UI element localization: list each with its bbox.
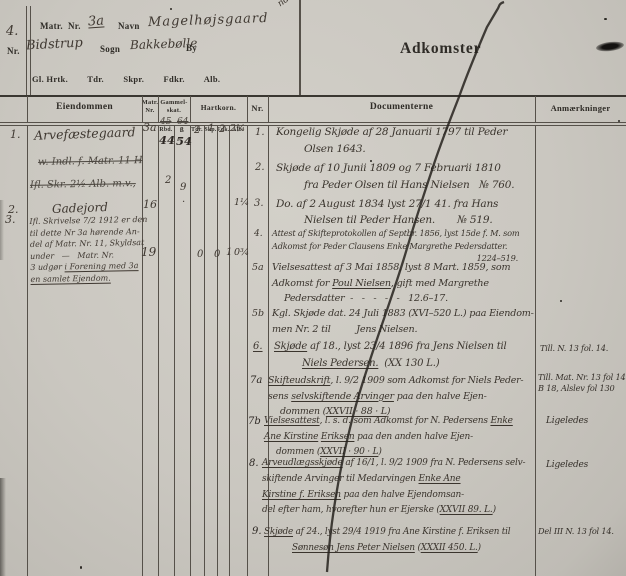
estate-skp: 1 [208, 123, 214, 134]
estate-rbd-old: 45 [160, 117, 171, 127]
estate-row-nr: 3. [5, 213, 16, 226]
anm-entry: Del III N. 13 fol 14. [538, 526, 624, 537]
anm-entry: Ligeledes [546, 460, 624, 471]
speck [618, 120, 620, 122]
col-gammelskat: Gammel-skat. [158, 99, 190, 115]
estate-tdr: 2 [194, 125, 200, 136]
ink-blot [596, 40, 625, 52]
doc-row-text: Skjøde af 18., lyst 23/4 1896 fra Jens N… [274, 339, 532, 372]
doc-row-nr: 3. [254, 198, 264, 209]
rule [158, 125, 159, 576]
doc-row-nr: 8. [249, 458, 259, 469]
rule [535, 96, 536, 122]
estate-rbd: 44 [159, 133, 175, 147]
doc-row-text: Vielsesattest af 3 Mai 1858, lyst 8 Mart… [272, 260, 530, 307]
col-hartkorn: Hartkorn. [190, 103, 247, 112]
rule [142, 125, 143, 576]
navn-label: Navn [118, 21, 140, 31]
doc-row-nr: 5b [252, 308, 264, 319]
edge-smudge [0, 200, 4, 260]
edge-smudge [0, 478, 6, 576]
rule [268, 96, 269, 122]
rule [30, 6, 31, 95]
nr-label: Nr. [7, 46, 20, 56]
estate-sk: 54 [176, 134, 192, 148]
estate-matr: 19 [141, 245, 156, 259]
col-gammelskat-line1: Gammel- [160, 99, 187, 106]
col-anmaerkninger: Anmærkninger [535, 103, 626, 113]
estate-skp: 0 [214, 249, 220, 260]
doc-row-text: Skjøde af 24., lyst 29/4 1919 fra Ane Ki… [264, 524, 530, 556]
estate-fdk: 2 [219, 124, 225, 135]
estate-alb: 1¼ [234, 197, 249, 208]
col-documenterne: Documenterne [268, 102, 535, 112]
estate-rbd: 2 [165, 175, 171, 186]
estate-struck-line: Ifl. Skr. 2½ Alb. m.v., [30, 178, 136, 191]
doc-row-text: Attest af Skifteprotokollen af Septbr. 1… [272, 227, 532, 265]
estate-sk: 9 [180, 182, 186, 193]
doc-row-nr: 5a [252, 262, 264, 273]
estate-alb: 0¾ [234, 247, 249, 258]
estate-struck-line: w. Indl. f. Matr. 11 H [38, 155, 143, 168]
estate-fdk: 1 [226, 247, 232, 258]
sogn-label: Sogn [100, 44, 120, 54]
by-label: By [186, 43, 197, 53]
doc-row-nr: 1. [255, 127, 265, 138]
sub-sk: ß [174, 126, 190, 134]
estate-sk-old: 64 [177, 117, 188, 127]
navn-value: Magelhøjsgaard [148, 11, 269, 30]
doc-row-text: Kgl. Skjøde dat. 24 Juli 1883 (XVI–520 L… [272, 306, 530, 337]
rule [26, 6, 27, 95]
anm-entry: Till. N. 13 fol. 14. [540, 343, 624, 354]
anm-entry: Till. Mat. Nr. 13 fol 14B 18, Alslev fol… [538, 372, 624, 394]
speck [370, 160, 372, 162]
speck [80, 566, 82, 569]
speck [604, 18, 607, 20]
doc-row-text: Do. af 2 August 1834 lyst 27/1 41. fra H… [276, 196, 532, 228]
rule [535, 125, 536, 576]
estate-row-nr: 1. [10, 128, 21, 141]
doc-row-nr: 2. [255, 162, 265, 173]
rule [190, 125, 191, 576]
matr-nr-label: Matr. Nr. [40, 21, 81, 31]
doc-row-nr: 4. [254, 229, 263, 239]
estate-row-name: Gadejord [52, 200, 108, 216]
doc-row-nr: 7a [250, 375, 262, 386]
doc-row-text: Skjøde af 10 Junii 1809 og 7 Februarii 1… [276, 160, 532, 194]
estate-alb: 2¼ [230, 123, 245, 134]
estate-matr: 16 [143, 198, 157, 211]
doc-row-text: Skifteudskrift, l. 9/2 1909 som Adkomst … [268, 373, 530, 420]
rule [0, 95, 626, 97]
col-matr-line2: Nr. [145, 107, 154, 114]
doc-row-nr: 7b [248, 416, 261, 427]
speck [170, 8, 172, 10]
estate-tdr: 0 [197, 249, 203, 260]
rule [190, 96, 191, 122]
sogn-value: Bidstrup [26, 36, 84, 54]
rule [27, 125, 28, 576]
rule [174, 125, 175, 576]
anm-entry: Ligeledes [546, 416, 624, 427]
col-matr-nr: Matr.Nr. [141, 99, 159, 115]
estate-note: Ifl. Skrivelse 7/2 1912 er dentil dette … [29, 214, 142, 285]
speck [560, 300, 562, 302]
estate-sk-dot: . [182, 194, 185, 205]
gl-hrtk-labels: Gl. Hrtk. Tdr. Skpr. Fdkr. Alb. [32, 74, 220, 84]
estate-row-name: Arvefæstegaard [34, 124, 136, 143]
ledger-page: 4. Nr. Matr. Nr. 3a Navn Magelhøjsgaard … [0, 0, 626, 576]
rule [229, 125, 230, 576]
col-doc-nr: Nr. [247, 103, 268, 113]
rule [204, 125, 205, 576]
col-gammelskat-line2: skat. [167, 107, 181, 114]
rule [247, 96, 248, 122]
page-number: 4. [6, 24, 18, 39]
rule [247, 125, 248, 576]
page-title: Adkomster [400, 40, 481, 58]
rule [299, 0, 301, 95]
doc-row-text: Arveudlægsskjøde af 16/1, l. 9/2 1909 fr… [262, 456, 530, 519]
corner-note: nde fol 14 [276, 0, 319, 9]
col-eiendommen: Eiendommen [27, 102, 142, 112]
rule [27, 96, 28, 122]
rule [0, 122, 626, 123]
rule [158, 96, 159, 122]
doc-row-nr: 9. [252, 526, 262, 537]
rule [217, 125, 218, 576]
rule [142, 96, 143, 122]
matr-nr-value: 3a [87, 13, 104, 29]
doc-row-text: Kongelig Skjøde af 28 Januarii 1797 til … [276, 124, 532, 158]
doc-row-text: Vielsesattest, l. s. d. som Adkomst for … [264, 414, 530, 461]
estate-matr: 3a [143, 121, 157, 134]
doc-row-nr: 6. [253, 341, 263, 352]
col-matr-line1: Matr. [142, 99, 158, 106]
